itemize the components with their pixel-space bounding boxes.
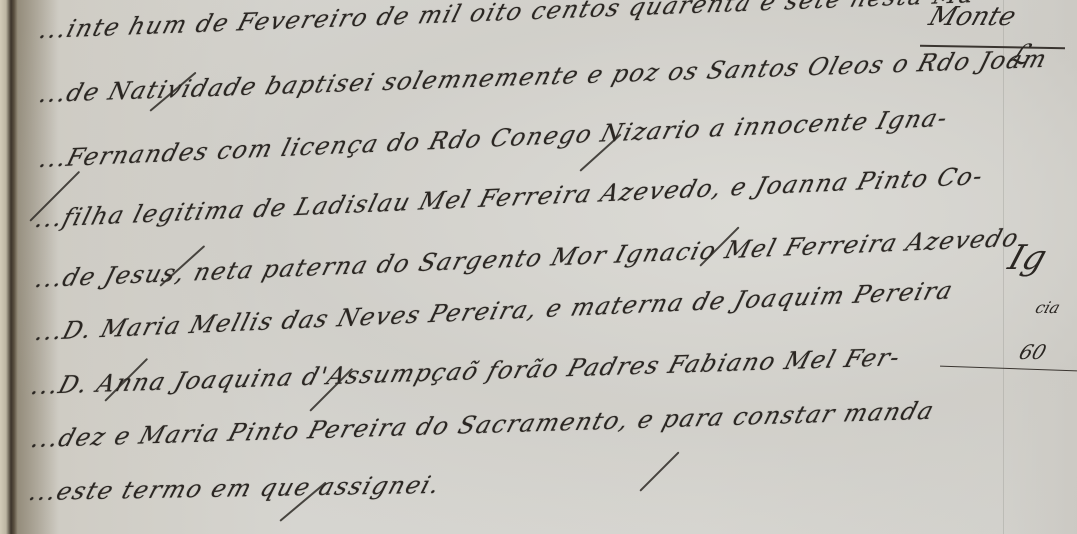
margin-note-top-right: Monte	[925, 2, 1020, 32]
manuscript-page: ...inte hum de Fevereiro de mil oito cen…	[0, 0, 1077, 534]
record-line-8: ...dez e Maria Pinto Pereira do Sacramen…	[28, 397, 938, 454]
margin-rule	[1003, 0, 1004, 534]
ink-descender-stroke	[639, 451, 679, 491]
book-binding-edge	[0, 0, 18, 534]
record-line-9: ...este termo em que assignei.	[26, 471, 445, 506]
margin-note-abbrev: cia	[1033, 298, 1063, 317]
record-line-4: ...filha legitima de Ladislau Mel Ferrei…	[32, 162, 987, 233]
margin-underline-mid	[940, 366, 1077, 372]
margin-note-number: 60	[1016, 340, 1049, 364]
record-line-7: ...D. Anna Joaquina d'Assumpçaõ forão Pa…	[28, 343, 904, 400]
record-line-3: ...Fernandes com licença do Rdo Conego N…	[36, 104, 952, 174]
record-line-1: ...inte hum de Fevereiro de mil oito cen…	[36, 0, 989, 44]
